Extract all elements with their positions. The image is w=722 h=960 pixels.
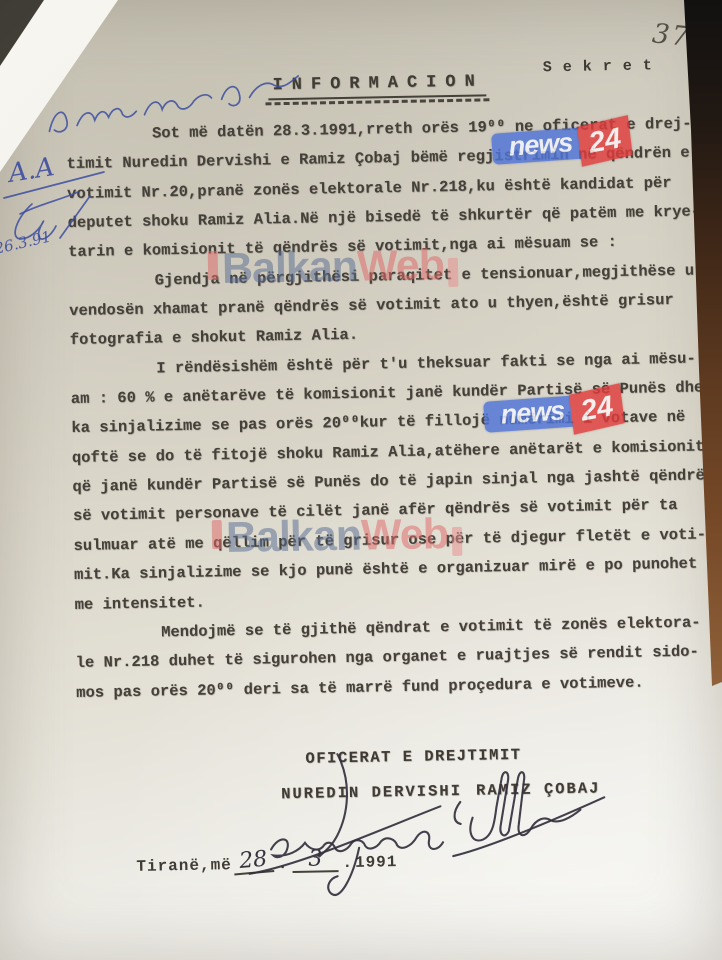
classification-label: Sekret [543,57,663,76]
news24-news-text: news [508,127,574,162]
balkanweb-bracket-icon [208,251,219,280]
signature-cobaj [438,756,681,920]
watermark-balkanweb: Balkan Web [208,245,459,289]
news24-news-box: news [483,395,582,433]
margin-date-note: 26.3.91 [0,224,72,274]
balkanweb-bracket-icon [448,258,459,287]
document-body: Sot më datën 28.3.1991,rreth orës 19⁰⁰ n… [66,109,722,708]
news24-news-text: news [500,395,566,430]
document-paper: A.A 26.3.91 37) Sekret INFORMACION Sot m… [0,0,722,960]
scanned-document-photo: A.A 26.3.91 37) Sekret INFORMACION Sot m… [0,0,722,960]
watermark-balkanweb: Balkan Web [212,514,463,558]
balkanweb-bracket-icon [452,527,463,556]
news24-24-box: 24 [569,383,625,435]
news24-news-box: news [491,127,590,165]
balkanweb-web-text: Web [357,245,445,287]
balkanweb-bracket-icon [212,520,223,549]
margin-date-text: 26.3.91 [0,227,53,258]
margin-initials: A.A [4,152,56,189]
typewritten-content: 37) Sekret INFORMACION Sot më datën 28.3… [65,50,722,942]
news24-24-box: 24 [577,115,633,167]
news24-24-text: 24 [578,390,616,428]
balkanweb-balkan-text: Balkan [222,247,358,289]
corner-page-number: 37) [651,18,705,54]
balkanweb-web-text: Web [361,514,449,556]
date-prefix: Tiranë,më [136,856,232,876]
news24-24-text: 24 [586,122,624,160]
balkanweb-balkan-text: Balkan [226,516,362,558]
